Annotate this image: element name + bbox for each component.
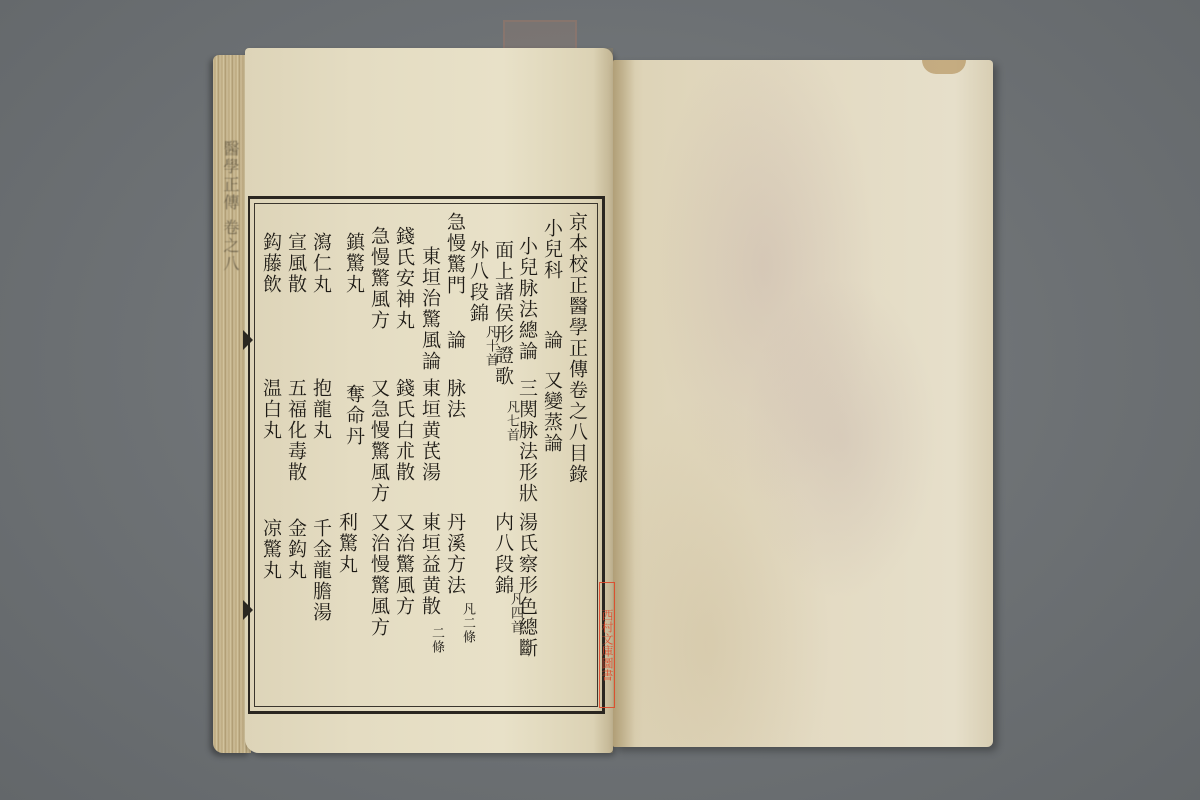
toc-entry: 論: [541, 330, 563, 351]
toc-entry: 内八段錦: [492, 512, 514, 596]
toc-section-heading: 急慢驚門: [444, 212, 466, 296]
toc-entry: 又急慢驚風方: [368, 378, 390, 504]
toc-entry: 錢氏白朮散: [393, 378, 415, 483]
toc-entry: 奪命丹: [343, 384, 365, 447]
toc-entry: 小兒科: [541, 218, 563, 281]
toc-title: 京本校正醫學正傳卷之八目錄: [566, 212, 588, 485]
toc-entry: 凉驚丸: [260, 518, 282, 581]
toc-note: 凡二條: [456, 602, 478, 644]
toc-entry: 宣風散: [285, 232, 307, 295]
right-page-blank: [613, 60, 993, 747]
toc-entry: 温白丸: [260, 378, 282, 441]
toc-entry: 東垣黄芪湯: [419, 378, 441, 483]
toc-note: 凡四首: [504, 592, 526, 634]
toc-entry: 東垣治驚風論: [419, 246, 441, 372]
toc-entry: 抱龍丸: [310, 378, 332, 441]
toc-entry: 東垣益黄散: [419, 512, 441, 617]
toc-entry: 又治驚風方: [393, 512, 415, 617]
toc-entry: 千金龍膽湯: [310, 518, 332, 623]
open-book: 醫學正傳 卷之八 京本校正醫學正傳卷之八目錄 小兒科 論 又變蒸論 小兒脉法總論…: [0, 0, 1200, 800]
toc-note: 凡十首: [479, 325, 501, 367]
toc-entry: 湯氏察形色總斷: [516, 512, 538, 659]
toc-entry: 小兒脉法總論: [516, 236, 538, 362]
toc-note: 凡七首: [500, 400, 522, 442]
toc-note: 二條: [425, 626, 447, 654]
toc-entry: 外八段錦: [467, 240, 489, 324]
red-collector-seal: 西村文庫圖書: [599, 582, 615, 708]
toc-entry: 急慢驚風方: [368, 226, 390, 331]
toc-entry: 又變蒸論: [541, 370, 563, 454]
toc-entry: 鎮驚丸: [343, 232, 365, 295]
toc-entry: 鈎藤飲: [260, 232, 282, 295]
toc-entry: 五福化毒散: [285, 378, 307, 483]
toc-entry: 利驚丸: [336, 512, 358, 575]
toc-entry: 瀉仁丸: [310, 232, 332, 295]
toc-entry: 錢氏安神丸: [393, 226, 415, 331]
toc-entry: 脉法: [444, 378, 466, 420]
toc-entry: 又治慢驚風方: [368, 512, 390, 638]
toc-entry: 金鈎丸: [285, 518, 307, 581]
toc-entry: 論: [444, 330, 466, 351]
spine-label: 醫學正傳 卷之八: [218, 140, 242, 440]
toc-entry: 丹溪方法: [444, 512, 466, 596]
